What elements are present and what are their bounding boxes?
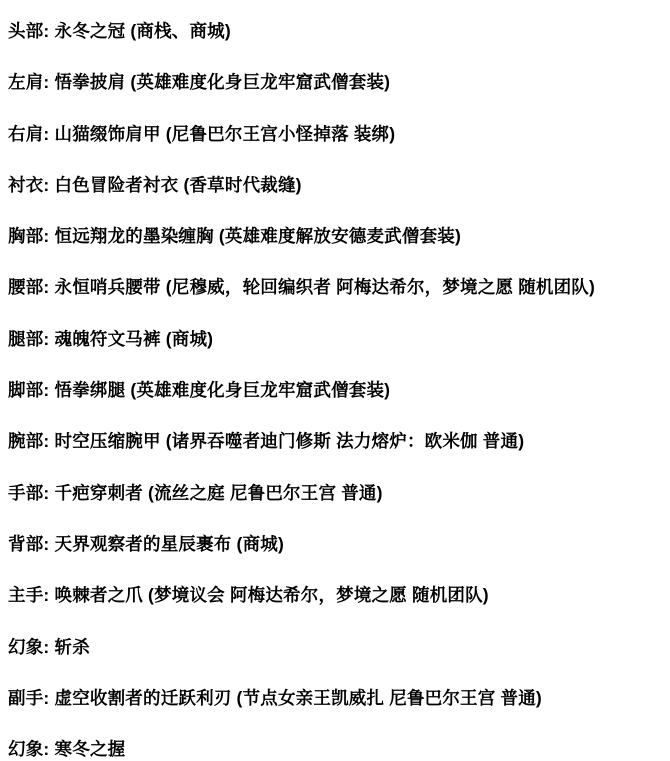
slot-row-head: 头部: 永冬之冠 (商栈、商城) [8,22,664,40]
slot-row-off-hand: 副手: 虚空收割者的迁跃利刃 (节点女亲王凯威扎 尼鲁巴尔王宫 普通) [8,689,664,707]
slot-row-illusion-off-hand: 幻象: 寒冬之握 [8,740,664,758]
equipment-list-document: 头部: 永冬之冠 (商栈、商城) 左肩: 悟拳披肩 (英雄难度化身巨龙牢窟武僧套… [0,0,670,761]
slot-row-waist: 腰部: 永恒哨兵腰带 (尼穆威，轮回编织者 阿梅达希尔，梦境之愿 随机团队) [8,278,664,296]
slot-row-back: 背部: 天界观察者的星辰裹布 (商城) [8,535,664,553]
slot-row-main-hand: 主手: 唤棘者之爪 (梦境议会 阿梅达希尔，梦境之愿 随机团队) [8,586,664,604]
slot-row-right-shoulder: 右肩: 山猫缀饰肩甲 (尼鲁巴尔王宫小怪掉落 装绑) [8,125,664,143]
slot-row-chest: 胸部: 恒远翔龙的墨染缠胸 (英雄难度解放安德麦武僧套装) [8,227,664,245]
slot-row-wrist: 腕部: 时空压缩腕甲 (诸界吞噬者迪门修斯 法力熔炉：欧米伽 普通) [8,432,664,450]
slot-row-shirt: 衬衣: 白色冒险者衬衣 (香草时代裁缝) [8,176,664,194]
slot-row-legs: 腿部: 魂魄符文马裤 (商城) [8,330,664,348]
slot-row-illusion-main-hand: 幻象: 斩杀 [8,638,664,656]
slot-row-hands: 手部: 千疤穿刺者 (流丝之庭 尼鲁巴尔王宫 普通) [8,484,664,502]
slot-row-feet: 脚部: 悟拳绑腿 (英雄难度化身巨龙牢窟武僧套装) [8,381,664,399]
slot-row-left-shoulder: 左肩: 悟拳披肩 (英雄难度化身巨龙牢窟武僧套装) [8,73,664,91]
